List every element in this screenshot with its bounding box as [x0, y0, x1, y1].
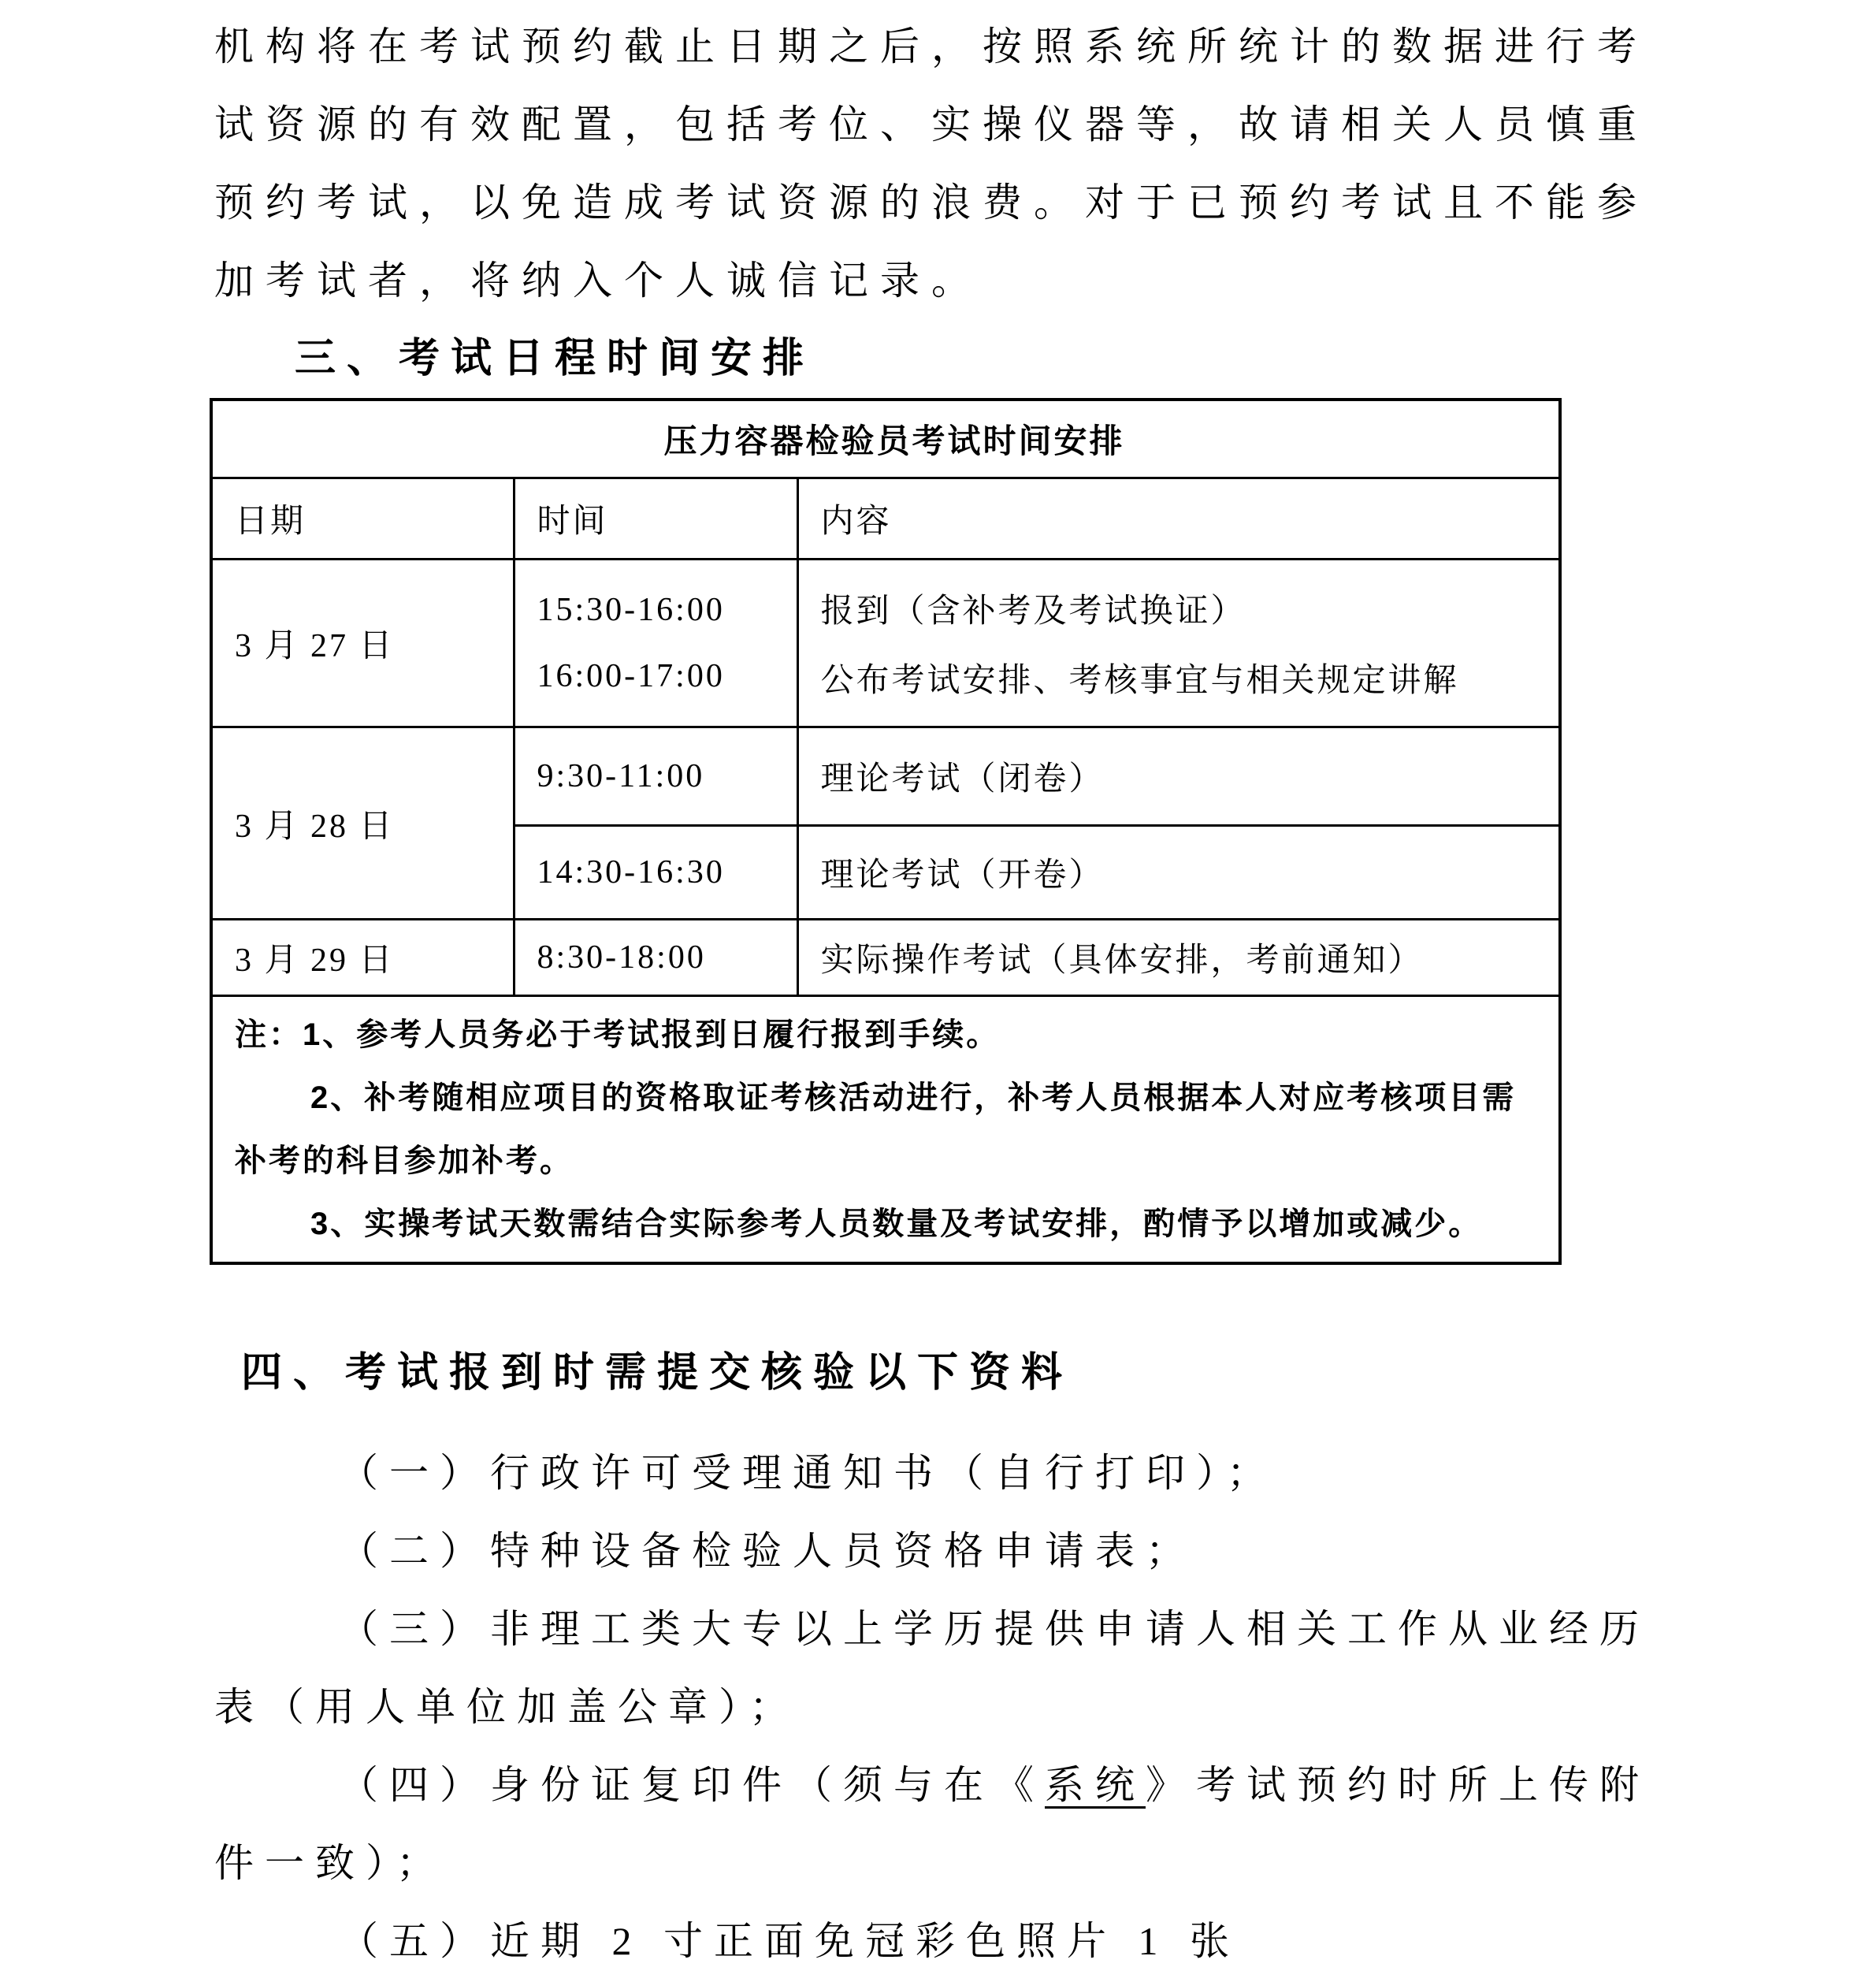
col-header-content: 内容: [797, 478, 1560, 560]
table-notes: 注：1、参考人员务必于考试报到日履行报到手续。 2、补考随相应项目的资格取证考核…: [211, 996, 1560, 1264]
time-cell: 15:30-16:00 16:00-17:00: [514, 560, 797, 727]
list-item-continuation: 件一致）；: [214, 1824, 1664, 1902]
underlined-term: 系统: [1045, 1763, 1146, 1807]
section3-heading: 三、考试日程时间安排: [295, 335, 815, 382]
content-cell: 理论考试（开卷）: [797, 826, 1560, 920]
section4-heading: 四、考试报到时需提交核验以下资料: [241, 1349, 1073, 1396]
table-row-mar27: 3 月 27 日 15:30-16:00 16:00-17:00 报到（含补考及…: [211, 560, 1560, 727]
table-title: 压力容器检验员考试时间安排: [211, 400, 1560, 478]
time-value: 16:00-17:00: [537, 657, 792, 695]
date-cell: 3 月 27 日: [211, 560, 514, 727]
list-item: （三）非理工类大专以上学历提供申请人相关工作从业经历: [214, 1590, 1664, 1668]
content-cell: 报到（含补考及考试换证） 公布考试安排、考核事宜与相关规定讲解: [797, 560, 1560, 727]
item4-pre: （四）身份证复印件（须与在《: [339, 1763, 1045, 1807]
time-cell: 14:30-16:30: [514, 826, 797, 920]
table-row-mar28-morning: 3 月 28 日 9:30-11:00 理论考试（闭卷）: [211, 727, 1560, 826]
intro-line: 预约考试，以免造成考试资源的浪费。对于已预约考试且不能参: [214, 164, 1648, 242]
note-line: 2、补考随相应项目的资格取证考核活动进行，补考人员根据本人对应考核项目需: [235, 1066, 1554, 1129]
list-item: （二）特种设备检验人员资格申请表；: [214, 1512, 1664, 1590]
list-item: （四）身份证复印件（须与在《系统》考试预约时所上传附: [214, 1746, 1664, 1824]
col-header-time: 时间: [514, 478, 797, 560]
note-line: 注：1、参考人员务必于考试报到日履行报到手续。: [235, 1003, 1554, 1066]
content-value: 公布考试安排、考核事宜与相关规定讲解: [821, 654, 1555, 701]
content-value: 报到（含补考及考试换证）: [821, 585, 1555, 632]
note-line: 补考的科目参加补考。: [235, 1129, 1554, 1192]
item4-post: 》考试预约时所上传附: [1146, 1763, 1650, 1807]
date-cell: 3 月 29 日: [211, 920, 514, 996]
document-page: 机构将在考试预约截止日期之后，按照系统所统计的数据进行考 试资源的有效配置，包括…: [0, 0, 1876, 1982]
intro-line: 试资源的有效配置，包括考位、实操仪器等，故请相关人员慎重: [214, 86, 1648, 164]
intro-line: 机构将在考试预约截止日期之后，按照系统所统计的数据进行考: [214, 8, 1648, 86]
time-value: 15:30-16:00: [537, 591, 792, 629]
content-cell: 理论考试（闭卷）: [797, 727, 1560, 826]
section4-items: （一）行政许可受理通知书（自行打印）； （二）特种设备检验人员资格申请表； （三…: [214, 1434, 1664, 1980]
note-line: 3、实操考试天数需结合实际参考人员数量及考试安排，酌情予以增加或减少。: [235, 1192, 1554, 1255]
intro-paragraph: 机构将在考试预约截止日期之后，按照系统所统计的数据进行考 试资源的有效配置，包括…: [214, 8, 1648, 320]
table-header-row: 日期 时间 内容: [211, 478, 1560, 560]
content-cell: 实际操作考试（具体安排，考前通知）: [797, 920, 1560, 996]
intro-line: 加考试者，将纳入个人诚信记录。: [214, 242, 1648, 320]
table-row-mar29: 3 月 29 日 8:30-18:00 实际操作考试（具体安排，考前通知）: [211, 920, 1560, 996]
list-item: （五）近期 2 寸正面免冠彩色照片 1 张: [214, 1902, 1664, 1980]
list-item-continuation: 表（用人单位加盖公章）；: [214, 1668, 1664, 1746]
time-cell: 8:30-18:00: [514, 920, 797, 996]
list-item: （一）行政许可受理通知书（自行打印）；: [214, 1434, 1664, 1512]
exam-schedule-table: 压力容器检验员考试时间安排 日期 时间 内容 3 月 27 日 15:30-16…: [210, 398, 1562, 1265]
time-cell: 9:30-11:00: [514, 727, 797, 826]
date-cell: 3 月 28 日: [211, 727, 514, 920]
col-header-date: 日期: [211, 478, 514, 560]
table-notes-row: 注：1、参考人员务必于考试报到日履行报到手续。 2、补考随相应项目的资格取证考核…: [211, 996, 1560, 1264]
table-title-row: 压力容器检验员考试时间安排: [211, 400, 1560, 478]
